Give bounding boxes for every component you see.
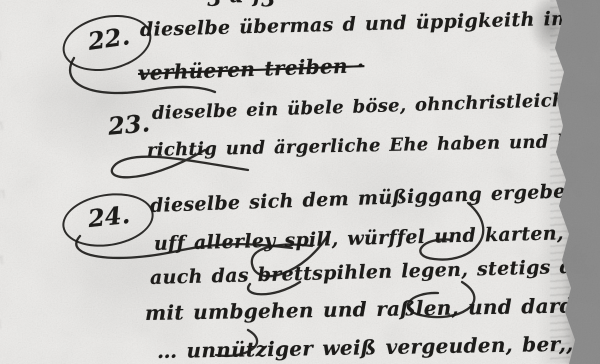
entry-number: 22. [86,21,131,56]
manuscript-line: dieselbe sich dem müßiggang ergeben, sic… [150,178,600,217]
manuscript-line: dieselbe ein übele böse, ohnchristleich … [152,88,600,124]
manuscript-line: auch das brettspihlen legen, stetigs da,… [150,255,600,289]
entry-number: 24. [87,200,132,233]
manuscript-line: richtig und ärgerliche Ehe haben und bes… [147,129,600,161]
manuscript-line: … unnütziger weiß vergeuden, ber,, [157,332,574,363]
manuscript-line: dieselbe übermas d und üppigkeith in den [140,7,600,41]
cutoff-line-fragment: ʒ ü ſʒ · [208,0,290,8]
manuscript-line: mit umbgehen und raßlen, und dardurch [145,293,600,325]
manuscript-line: verhüeren treiben · [138,53,365,85]
entry-number: 23. [107,108,151,141]
handwriting-layer: ʒ ü ſʒ · 22.dieselbe übermas d und üppig… [0,0,600,364]
manuscript-photograph: mun eine wermn un nimer wenem miner unne… [0,0,600,364]
manuscript-line: uff allerley spill, würffel und karten, [154,222,564,255]
manuscript-page: mun eine wermn un nimer wenem miner unne… [0,0,600,364]
